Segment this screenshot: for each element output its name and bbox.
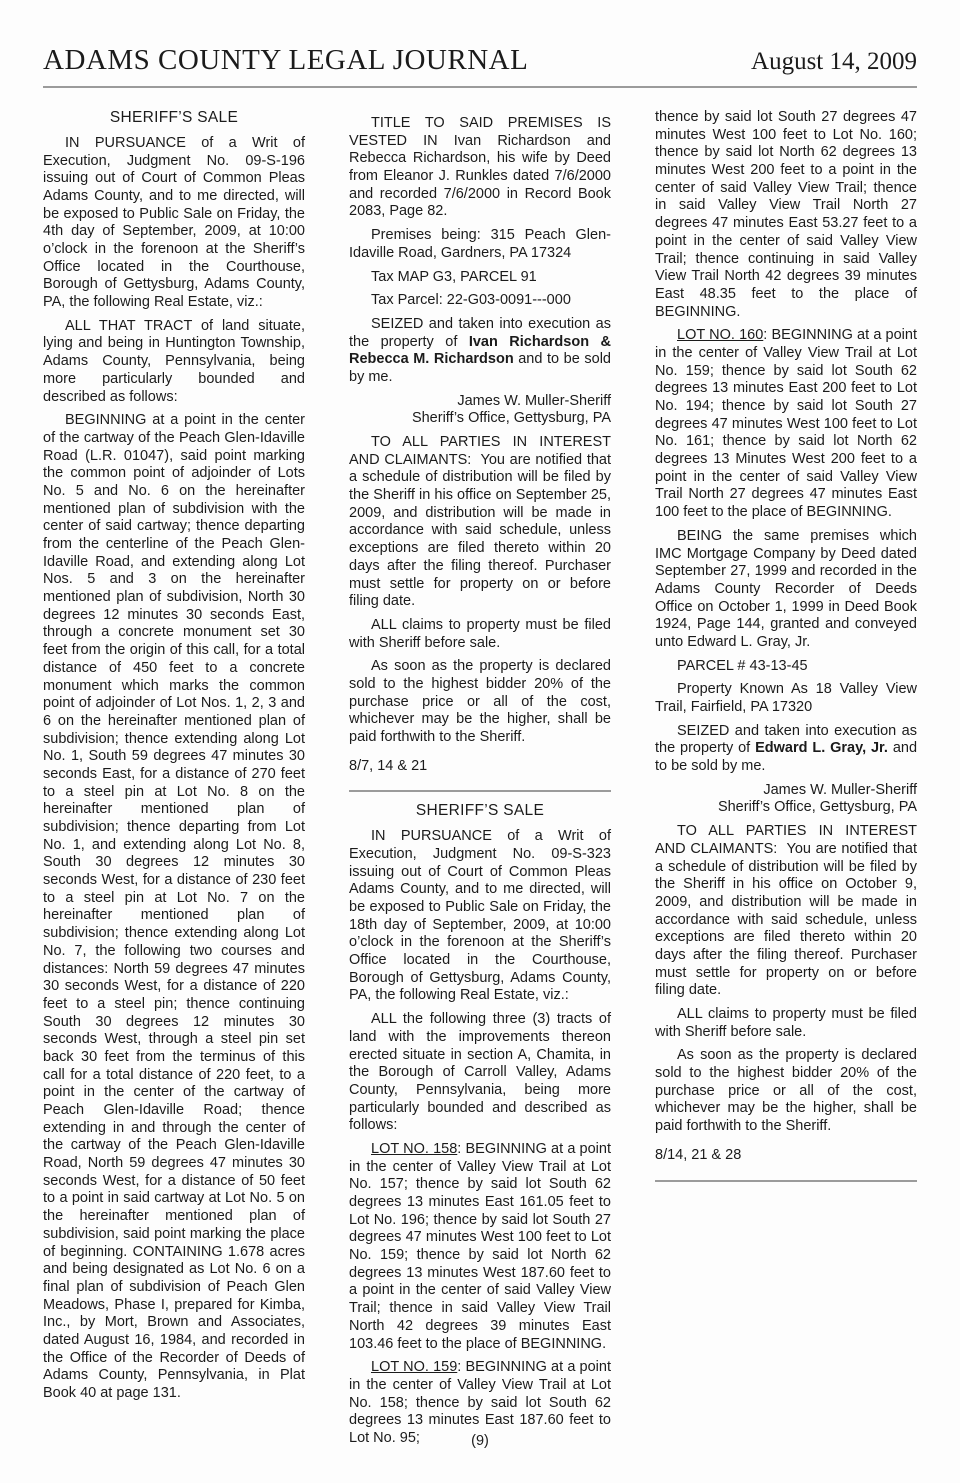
notice-paragraph: TITLE TO SAID PREMISES IS VESTED IN Ivan… [349, 115, 611, 221]
notice-paragraph: ALL claims to property must be filed wit… [655, 1006, 917, 1041]
column-1: SHERIFF’S SALEIN PURSUANCE of a Writ of … [43, 109, 305, 1448]
signature-line: Sheriff’s Office, Gettysburg, PA [655, 799, 917, 817]
signature-line: James W. Muller-Sheriff [349, 393, 611, 411]
page-number: (9) [0, 1433, 960, 1449]
section-divider [655, 1180, 917, 1182]
masthead: ADAMS COUNTY LEGAL JOURNAL August 14, 20… [0, 0, 960, 77]
notice-paragraph: IN PURSUANCE of a Writ of Execution, Jud… [349, 828, 611, 1005]
notice-paragraph: As soon as the property is declared sold… [655, 1047, 917, 1135]
notice-paragraph: As soon as the property is declared sold… [349, 658, 611, 746]
notice-paragraph: BEGINNING at a point in the center of th… [43, 412, 305, 1403]
signature-line: Sheriff’s Office, Gettysburg, PA [349, 410, 611, 428]
notice-paragraph: Property Known As 18 Valley View Trail, … [655, 681, 917, 716]
notice-paragraph: TO ALL PARTIES IN INTEREST AND CLAIMANTS… [655, 823, 917, 1000]
column-3: thence by said lot South 27 degrees 47 m… [655, 109, 917, 1448]
notice-paragraph: SEIZED and taken into execution as the p… [655, 723, 917, 776]
notice-paragraph: Tax MAP G3, PARCEL 91 [349, 269, 611, 287]
notice-heading: SHERIFF’S SALE [349, 802, 611, 821]
notice-paragraph: LOT NO. 160: BEGINNING at a point in the… [655, 327, 917, 522]
notice-paragraph: PARCEL # 43-13-45 [655, 658, 917, 676]
notice-paragraph: ALL claims to property must be filed wit… [349, 617, 611, 652]
columns-container: SHERIFF’S SALEIN PURSUANCE of a Writ of … [0, 88, 960, 1448]
notice-heading: SHERIFF’S SALE [43, 109, 305, 128]
issue-date: August 14, 2009 [751, 48, 917, 76]
notice-paragraph: LOT NO. 158: BEGINNING at a point in the… [349, 1141, 611, 1353]
publication-dates: 8/14, 21 & 28 [655, 1147, 917, 1165]
notice-paragraph: ALL the following three (3) tracts of la… [349, 1011, 611, 1135]
notice-paragraph: thence by said lot South 27 degrees 47 m… [655, 109, 917, 321]
column-2: TITLE TO SAID PREMISES IS VESTED IN Ivan… [349, 109, 611, 1448]
publication-dates: 8/7, 14 & 21 [349, 758, 611, 776]
notice-paragraph: ALL THAT TRACT of land situate, lying an… [43, 318, 305, 406]
notice-paragraph: Tax Parcel: 22-G03-0091---000 [349, 292, 611, 310]
journal-title: ADAMS COUNTY LEGAL JOURNAL [43, 44, 528, 77]
notice-paragraph: Premises being: 315 Peach Glen-Idaville … [349, 227, 611, 262]
legal-journal-page: ADAMS COUNTY LEGAL JOURNAL August 14, 20… [0, 0, 960, 1483]
notice-paragraph: BEING the same premises which IMC Mortga… [655, 528, 917, 652]
notice-paragraph: IN PURSUANCE of a Writ of Execution, Jud… [43, 135, 305, 312]
notice-paragraph: SEIZED and taken into execution as the p… [349, 316, 611, 387]
section-divider [349, 790, 611, 792]
notice-paragraph: TO ALL PARTIES IN INTEREST AND CLAIMANTS… [349, 434, 611, 611]
signature-line: James W. Muller-Sheriff [655, 782, 917, 800]
